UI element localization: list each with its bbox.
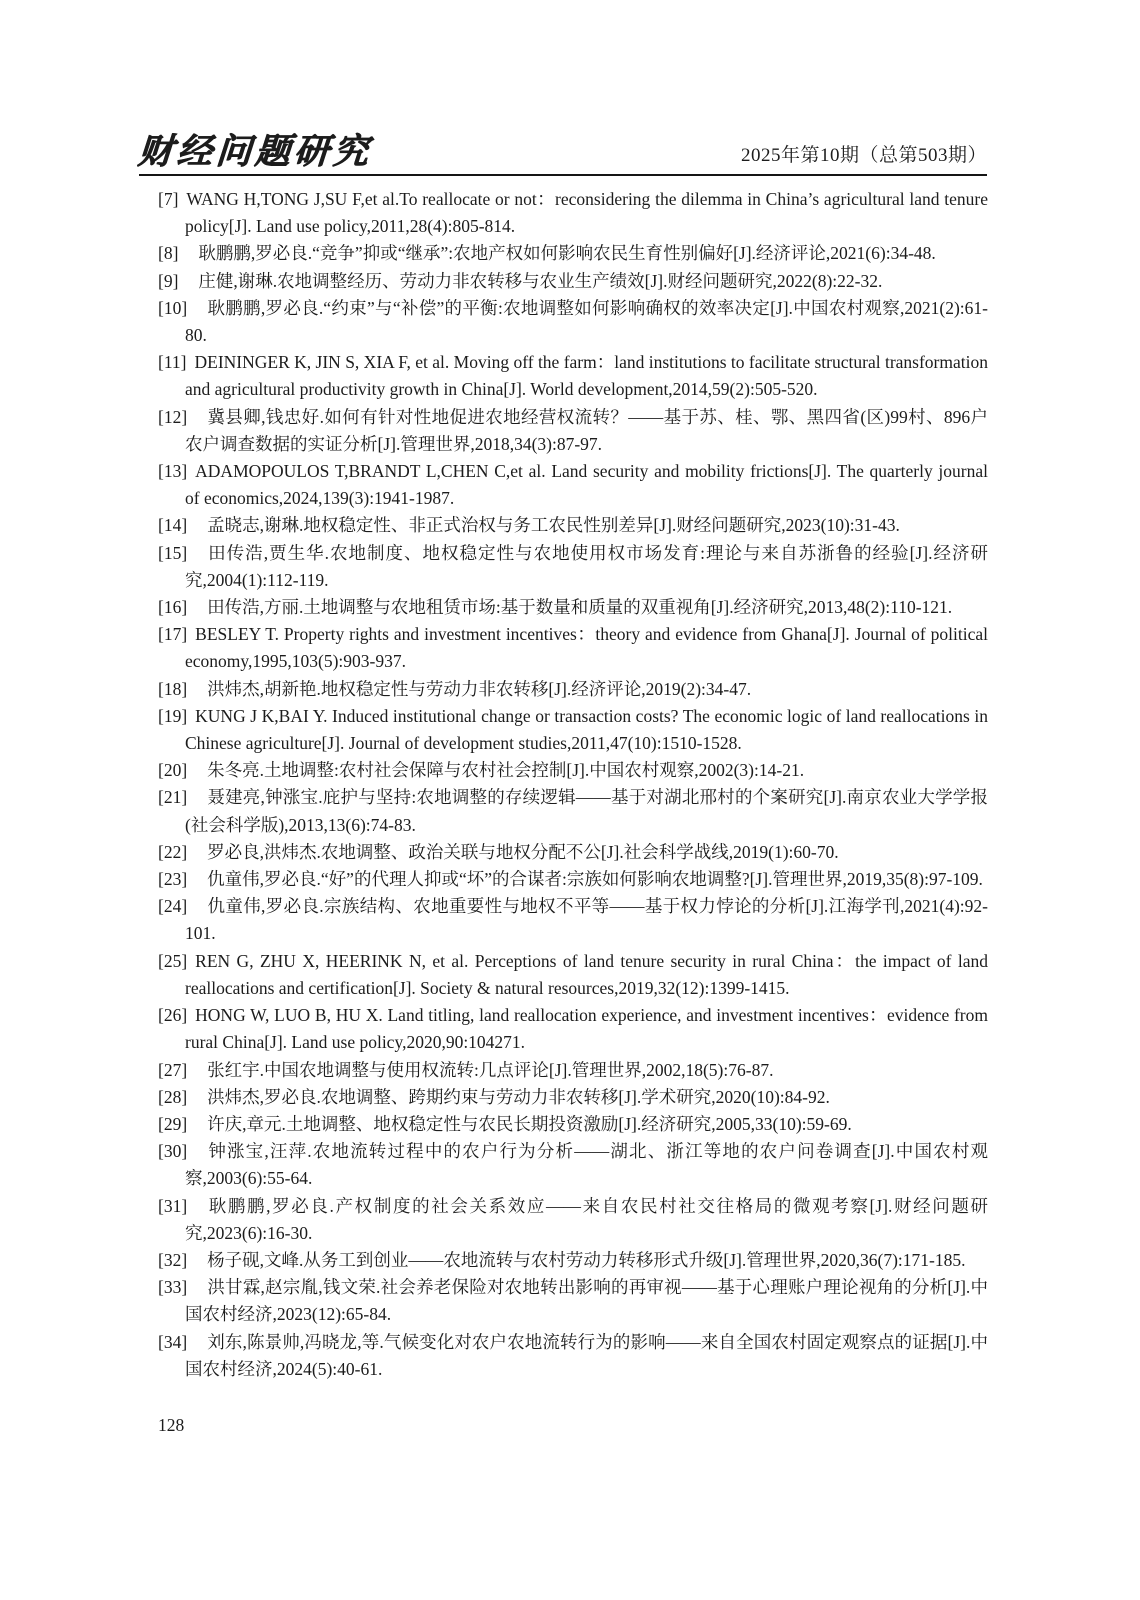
reference-text: 耿鹏鹏,罗必良.“竞争”抑或“继承”:农地产权如何影响农民生育性别偏好[J].经… xyxy=(198,243,935,263)
reference-number: [12] xyxy=(158,407,187,427)
reference-text: 庄健,谢琳.农地调整经历、劳动力非农转移与农业生产绩效[J].财经问题研究,20… xyxy=(198,271,882,291)
reference-number: [26] xyxy=(158,1005,187,1025)
reference-number: [32] xyxy=(158,1250,187,1270)
reference-number: [24] xyxy=(158,896,187,916)
reference-text: 罗必良,洪炜杰.农地调整、政治关联与地权分配不公[J].社会科学战线,2019(… xyxy=(207,842,838,862)
reference-number: [10] xyxy=(158,298,187,318)
reference-item: [8]耿鹏鹏,罗必良.“竞争”抑或“继承”:农地产权如何影响农民生育性别偏好[J… xyxy=(158,240,988,267)
reference-number: [11] xyxy=(158,352,187,372)
reference-number: [23] xyxy=(158,869,187,889)
reference-item: [20]朱冬亮.土地调整:农村社会保障与农村社会控制[J].中国农村观察,200… xyxy=(158,757,988,784)
reference-number: [20] xyxy=(158,760,187,780)
reference-text: 洪炜杰,胡新艳.地权稳定性与劳动力非农转移[J].经济评论,2019(2):34… xyxy=(207,679,751,699)
reference-number: [27] xyxy=(158,1060,187,1080)
reference-item: [28]洪炜杰,罗必良.农地调整、跨期约束与劳动力非农转移[J].学术研究,20… xyxy=(158,1084,988,1111)
reference-item: [22]罗必良,洪炜杰.农地调整、政治关联与地权分配不公[J].社会科学战线,2… xyxy=(158,839,988,866)
issue-info: 2025年第10期（总第503期） xyxy=(741,140,987,167)
reference-number: [21] xyxy=(158,787,187,807)
reference-text: 仇童伟,罗必良.宗族结构、农地重要性与地权不平等——基于权力悖论的分析[J].江… xyxy=(185,896,988,943)
reference-item: [19]KUNG J K,BAI Y. Induced institutiona… xyxy=(158,703,988,757)
references-list: [7]WANG H,TONG J,SU F,et al.To reallocat… xyxy=(158,186,988,1383)
reference-item: [21]聂建亮,钟涨宝.庇护与坚持:农地调整的存续逻辑——基于对湖北邢村的个案研… xyxy=(158,784,988,838)
reference-number: [19] xyxy=(158,706,187,726)
reference-number: [9] xyxy=(158,271,178,291)
reference-text: ADAMOPOULOS T,BRANDT L,CHEN C,et al. Lan… xyxy=(185,461,988,508)
reference-number: [15] xyxy=(158,543,187,563)
reference-item: [33]洪甘霖,赵宗胤,钱文荣.社会养老保险对农地转出影响的再审视——基于心理账… xyxy=(158,1274,988,1328)
reference-text: DEININGER K, JIN S, XIA F, et al. Moving… xyxy=(185,352,988,399)
reference-text: 仇童伟,罗必良.“好”的代理人抑或“坏”的合谋者:宗族如何影响农地调整?[J].… xyxy=(207,869,983,889)
reference-item: [18]洪炜杰,胡新艳.地权稳定性与劳动力非农转移[J].经济评论,2019(2… xyxy=(158,676,988,703)
reference-number: [8] xyxy=(158,243,178,263)
reference-number: [33] xyxy=(158,1277,187,1297)
reference-number: [16] xyxy=(158,597,187,617)
reference-item: [23]仇童伟,罗必良.“好”的代理人抑或“坏”的合谋者:宗族如何影响农地调整?… xyxy=(158,866,988,893)
reference-item: [14]孟晓志,谢琳.地权稳定性、非正式治权与务工农民性别差异[J].财经问题研… xyxy=(158,512,988,539)
page-number: 128 xyxy=(158,1415,184,1436)
reference-number: [22] xyxy=(158,842,187,862)
reference-item: [15]田传浩,贾生华.农地制度、地权稳定性与农地使用权市场发育:理论与来自苏浙… xyxy=(158,540,988,594)
reference-item: [9]庄健,谢琳.农地调整经历、劳动力非农转移与农业生产绩效[J].财经问题研究… xyxy=(158,268,988,295)
header-rule xyxy=(139,174,987,176)
reference-text: 洪甘霖,赵宗胤,钱文荣.社会养老保险对农地转出影响的再审视——基于心理账户理论视… xyxy=(185,1277,988,1324)
reference-number: [14] xyxy=(158,515,187,535)
reference-number: [17] xyxy=(158,624,187,644)
reference-text: 刘东,陈景帅,冯晓龙,等.气候变化对农户农地流转行为的影响——来自全国农村固定观… xyxy=(185,1332,988,1379)
reference-text: WANG H,TONG J,SU F,et al.To reallocate o… xyxy=(185,189,988,236)
reference-item: [24]仇童伟,罗必良.宗族结构、农地重要性与地权不平等——基于权力悖论的分析[… xyxy=(158,893,988,947)
reference-number: [31] xyxy=(158,1196,187,1216)
reference-number: [34] xyxy=(158,1332,187,1352)
reference-number: [30] xyxy=(158,1141,187,1161)
reference-item: [7]WANG H,TONG J,SU F,et al.To reallocat… xyxy=(158,186,988,240)
reference-text: REN G, ZHU X, HEERINK N, et al. Percepti… xyxy=(185,951,988,998)
reference-text: 张红宇.中国农地调整与使用权流转:几点评论[J].管理世界,2002,18(5)… xyxy=(207,1060,773,1080)
reference-item: [10]耿鹏鹏,罗必良.“约束”与“补偿”的平衡:农地调整如何影响确权的效率决定… xyxy=(158,295,988,349)
reference-number: [25] xyxy=(158,951,187,971)
reference-number: [29] xyxy=(158,1114,187,1134)
reference-item: [32]杨子砚,文峰.从务工到创业——农地流转与农村劳动力转移形式升级[J].管… xyxy=(158,1247,988,1274)
reference-item: [30]钟涨宝,汪萍.农地流转过程中的农户行为分析——湖北、浙江等地的农户问卷调… xyxy=(158,1138,988,1192)
reference-text: 聂建亮,钟涨宝.庇护与坚持:农地调整的存续逻辑——基于对湖北邢村的个案研究[J]… xyxy=(185,787,988,834)
reference-item: [31]耿鹏鹏,罗必良.产权制度的社会关系效应——来自农民村社交往格局的微观考察… xyxy=(158,1193,988,1247)
reference-text: 田传浩,贾生华.农地制度、地权稳定性与农地使用权市场发育:理论与来自苏浙鲁的经验… xyxy=(185,543,988,590)
reference-number: [13] xyxy=(158,461,187,481)
reference-item: [27]张红宇.中国农地调整与使用权流转:几点评论[J].管理世界,2002,1… xyxy=(158,1057,988,1084)
reference-item: [29]许庆,章元.土地调整、地权稳定性与农民长期投资激励[J].经济研究,20… xyxy=(158,1111,988,1138)
reference-text: KUNG J K,BAI Y. Induced institutional ch… xyxy=(185,706,988,753)
reference-text: 钟涨宝,汪萍.农地流转过程中的农户行为分析——湖北、浙江等地的农户问卷调查[J]… xyxy=(185,1141,988,1188)
journal-page: 财经问题研究 2025年第10期（总第503期） [7]WANG H,TONG … xyxy=(0,0,1140,1600)
reference-text: BESLEY T. Property rights and investment… xyxy=(185,624,988,671)
reference-item: [11]DEININGER K, JIN S, XIA F, et al. Mo… xyxy=(158,349,988,403)
reference-text: 耿鹏鹏,罗必良.“约束”与“补偿”的平衡:农地调整如何影响确权的效率决定[J].… xyxy=(185,298,988,345)
reference-text: 孟晓志,谢琳.地权稳定性、非正式治权与务工农民性别差异[J].财经问题研究,20… xyxy=(207,515,900,535)
reference-number: [28] xyxy=(158,1087,187,1107)
reference-item: [34]刘东,陈景帅,冯晓龙,等.气候变化对农户农地流转行为的影响——来自全国农… xyxy=(158,1329,988,1383)
reference-item: [17]BESLEY T. Property rights and invest… xyxy=(158,621,988,675)
reference-text: 洪炜杰,罗必良.农地调整、跨期约束与劳动力非农转移[J].学术研究,2020(1… xyxy=(207,1087,830,1107)
journal-logo: 财经问题研究 xyxy=(136,124,374,174)
reference-item: [16]田传浩,方丽.土地调整与农地租赁市场:基于数量和质量的双重视角[J].经… xyxy=(158,594,988,621)
reference-item: [12]冀县卿,钱忠好.如何有针对性地促进农地经营权流转？——基于苏、桂、鄂、黑… xyxy=(158,404,988,458)
reference-text: 朱冬亮.土地调整:农村社会保障与农村社会控制[J].中国农村观察,2002(3)… xyxy=(207,760,804,780)
reference-text: 冀县卿,钱忠好.如何有针对性地促进农地经营权流转？——基于苏、桂、鄂、黑四省(区… xyxy=(185,407,988,454)
reference-number: [7] xyxy=(158,189,178,209)
reference-text: 耿鹏鹏,罗必良.产权制度的社会关系效应——来自农民村社交往格局的微观考察[J].… xyxy=(185,1196,988,1243)
reference-item: [26]HONG W, LUO B, HU X. Land titling, l… xyxy=(158,1002,988,1056)
reference-text: HONG W, LUO B, HU X. Land titling, land … xyxy=(185,1005,988,1052)
reference-item: [25]REN G, ZHU X, HEERINK N, et al. Perc… xyxy=(158,948,988,1002)
reference-item: [13]ADAMOPOULOS T,BRANDT L,CHEN C,et al.… xyxy=(158,458,988,512)
reference-text: 杨子砚,文峰.从务工到创业——农地流转与农村劳动力转移形式升级[J].管理世界,… xyxy=(207,1250,965,1270)
reference-number: [18] xyxy=(158,679,187,699)
reference-text: 田传浩,方丽.土地调整与农地租赁市场:基于数量和质量的双重视角[J].经济研究,… xyxy=(207,597,952,617)
reference-text: 许庆,章元.土地调整、地权稳定性与农民长期投资激励[J].经济研究,2005,3… xyxy=(207,1114,852,1134)
